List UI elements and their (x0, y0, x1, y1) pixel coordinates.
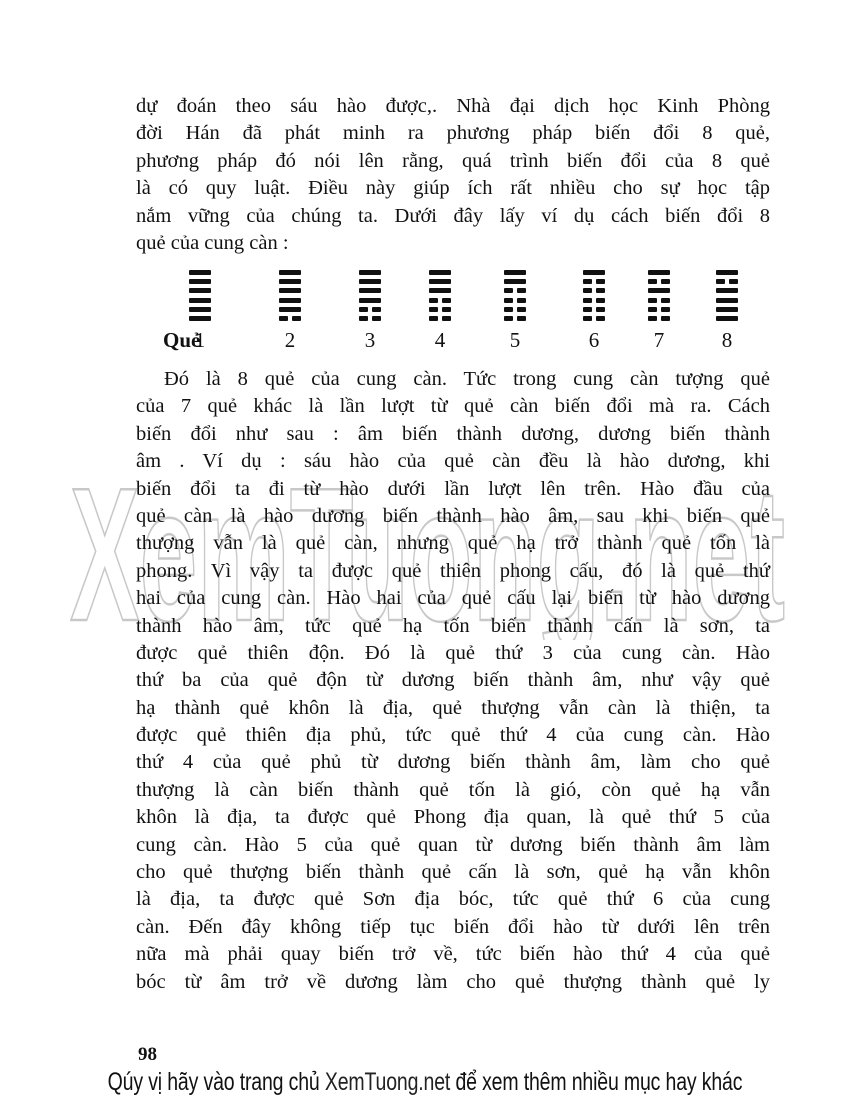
yang-line-icon (279, 270, 301, 275)
yin-line-icon (429, 307, 451, 312)
yin-line-icon (359, 316, 381, 321)
footer-suffix: để xem thêm nhiều mục hay khác (450, 1068, 742, 1096)
hexagram-1: 1 (180, 270, 220, 326)
yang-line-icon (716, 298, 738, 303)
page-number: 98 (138, 1044, 157, 1066)
hexagram-4: 4 (420, 270, 460, 326)
text-line: là địa, ta được quẻ Sơn địa bóc, tức quẻ… (136, 886, 770, 913)
hexagram-lines (504, 270, 526, 326)
yang-line-icon (279, 307, 301, 312)
hexagram-number: 5 (495, 328, 535, 353)
yang-line-icon (716, 288, 738, 293)
yang-line-icon (429, 270, 451, 275)
yin-line-icon (429, 316, 451, 321)
yang-line-icon (504, 270, 526, 275)
hexagram-number: 4 (420, 328, 460, 353)
footer-site-link[interactable]: XemTuong.net (325, 1068, 450, 1096)
yang-line-icon (359, 270, 381, 275)
text-line: nữa mà phải quay biến trở về, tức biến h… (136, 941, 770, 968)
text-line: dự đoán theo sáu hào được,. Nhà đại dịch… (136, 93, 770, 120)
yang-line-icon (189, 298, 211, 303)
yin-line-icon (504, 316, 526, 321)
yang-line-icon (189, 279, 211, 284)
text-line: thượng là càn biến thành quẻ tốn là gió,… (136, 777, 770, 804)
text-line: biến đổi ta đi từ hào dưới lần lượt lên … (136, 476, 770, 503)
hexagram-lines (279, 270, 301, 326)
yin-line-icon (583, 298, 605, 303)
yang-line-icon (189, 288, 211, 293)
yang-line-icon (716, 270, 738, 275)
yang-line-icon (359, 279, 381, 284)
hexagram-5: 5 (495, 270, 535, 326)
yin-line-icon (716, 279, 738, 284)
text-line: khôn là địa, ta được quẻ Phong địa quan,… (136, 804, 770, 831)
hexagram-number: 3 (350, 328, 390, 353)
text-line: phong. Vì vậy ta được quẻ thiên phong cấ… (136, 558, 770, 585)
yin-line-icon (504, 288, 526, 293)
yin-line-icon (583, 307, 605, 312)
yin-line-icon (359, 307, 381, 312)
yin-line-icon (648, 316, 670, 321)
yang-line-icon (648, 270, 670, 275)
yang-line-icon (504, 279, 526, 284)
text-line: cho quẻ thượng biến thành quẻ cấn là sơn… (136, 859, 770, 886)
yang-line-icon (189, 316, 211, 321)
text-line: càn. Đến đây không tiếp tục biến đổi hào… (136, 914, 770, 941)
hexagram-lines (648, 270, 670, 326)
hexagram-3: 3 (350, 270, 390, 326)
yang-line-icon (279, 298, 301, 303)
text-line: thành hào âm, tức quẻ hạ tốn biến thành … (136, 613, 770, 640)
text-line: thứ 4 của quẻ phủ từ dương biến thành âm… (136, 749, 770, 776)
paragraph-explanation: Đó là 8 quẻ của cung càn. Tức trong cung… (136, 366, 770, 996)
text-line: thượng vẫn là quẻ càn, nhưng quẻ hạ trở … (136, 530, 770, 557)
yin-line-icon (504, 298, 526, 303)
text-line: quẻ càn là hào dương biến thành hào âm, … (136, 503, 770, 530)
yang-line-icon (359, 288, 381, 293)
text-line: bóc từ âm trở về dương làm cho quẻ thượn… (136, 969, 770, 996)
text-line: của 7 quẻ khác là lần lượt từ quẻ càn bi… (136, 393, 770, 420)
text-line: đời Hán đã phát minh ra phương pháp biến… (136, 120, 770, 147)
hexagram-number: 6 (574, 328, 614, 353)
text-line: được quẻ thiên độn. Đó là quẻ thứ 3 của … (136, 640, 770, 667)
text-line: quẻ của cung càn : (136, 230, 770, 257)
yin-line-icon (583, 316, 605, 321)
yin-line-icon (583, 288, 605, 293)
book-page: XemTuong.net dự đoán theo sáu hào được,.… (0, 0, 850, 1113)
yang-line-icon (279, 279, 301, 284)
hexagram-7: 7 (639, 270, 679, 326)
hexagram-6: 6 (574, 270, 614, 326)
text-line: hạ thành quẻ khôn là địa, quẻ thượng vẫn… (136, 695, 770, 722)
text-line: nắm vững của chúng ta. Dưới đây lấy ví d… (136, 203, 770, 230)
text-line: biến đổi như sau : âm biến thành dương, … (136, 421, 770, 448)
yang-line-icon (648, 288, 670, 293)
text-line: thứ ba của quẻ độn từ dương biến thành â… (136, 667, 770, 694)
hexagram-2: 2 (270, 270, 310, 326)
hexagram-figure: 12345678 (0, 270, 850, 360)
hexagram-8: 8 (707, 270, 747, 326)
yang-line-icon (429, 279, 451, 284)
text-line: âm . Ví dụ : sáu hào của quẻ càn đều là … (136, 448, 770, 475)
yin-line-icon (429, 298, 451, 303)
hexagram-lines (359, 270, 381, 326)
text-line: phương pháp đó nói lên rằng, quá trình b… (136, 148, 770, 175)
footer-prefix: Qúy vị hãy vào trang chủ (108, 1068, 325, 1096)
hexagram-lines (583, 270, 605, 326)
site-footer-banner: Qúy vị hãy vào trang chủ XemTuong.net để… (94, 1068, 757, 1097)
yang-line-icon (583, 270, 605, 275)
yang-line-icon (189, 307, 211, 312)
yin-line-icon (583, 279, 605, 284)
text-line: hai của cung càn. Hào hai của quẻ cấu lạ… (136, 585, 770, 612)
text-line: cung càn. Hào 5 của quẻ quan từ dương bi… (136, 832, 770, 859)
yang-line-icon (716, 316, 738, 321)
hexagram-lines (189, 270, 211, 326)
text-line: được quẻ thiên địa phủ, tức quẻ thứ 4 củ… (136, 722, 770, 749)
yang-line-icon (359, 298, 381, 303)
yin-line-icon (648, 298, 670, 303)
yang-line-icon (189, 270, 211, 275)
yang-line-icon (279, 288, 301, 293)
hexagram-lines (429, 270, 451, 326)
yang-line-icon (429, 288, 451, 293)
yin-line-icon (648, 307, 670, 312)
yin-line-icon (648, 279, 670, 284)
hexagram-lines (716, 270, 738, 326)
text-line: là có quy luật. Điều này giúp ích rất nh… (136, 175, 770, 202)
hexagram-label-word: Quẻ (163, 328, 200, 353)
text-line: Đó là 8 quẻ của cung càn. Tức trong cung… (136, 366, 770, 393)
hexagram-number: 2 (270, 328, 310, 353)
yin-line-icon (279, 316, 301, 321)
hexagram-number: 8 (707, 328, 747, 353)
hexagram-number: 7 (639, 328, 679, 353)
yin-line-icon (504, 307, 526, 312)
paragraph-intro: dự đoán theo sáu hào được,. Nhà đại dịch… (136, 93, 770, 257)
yang-line-icon (716, 307, 738, 312)
